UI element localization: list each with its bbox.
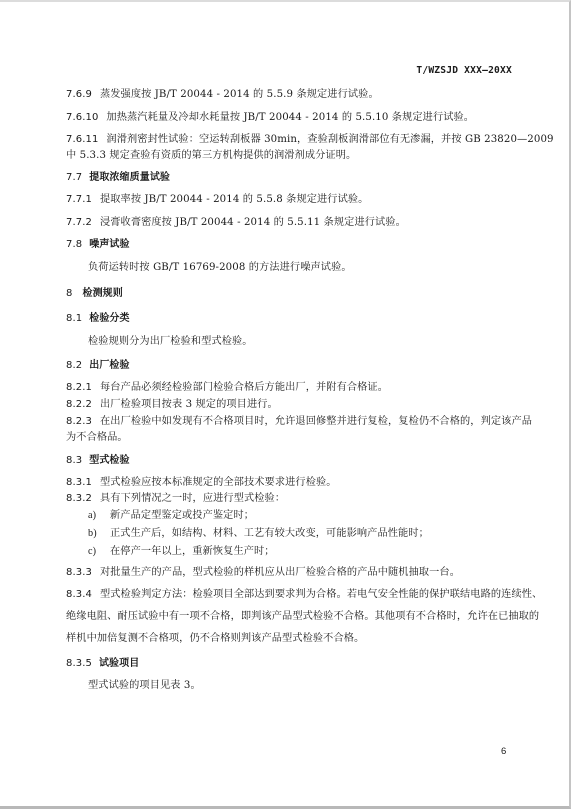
clause-7-6-11: 7.6.11润滑剂密封性试验：空运转刮板器 30min，查验刮板润滑部位有无渗漏… [66, 133, 554, 147]
list-label: a) [88, 509, 106, 523]
clause-text: 每台产品必须经检验部门检验合格后方能出厂，并附有合格证。 [100, 382, 388, 393]
clause-8-3-4-continued-1: 绝缘电阻、耐压试验中有一项不合格，即判该产品型式检验不合格。其他项有不合格时，允… [66, 610, 539, 624]
section-heading-8-1: 8.1检验分类 [66, 312, 130, 326]
clause-text: 型式检验应按本标准规定的全部技术要求进行检验。 [100, 477, 337, 488]
paragraph-type-test-items: 型式试验的项目见表 3。 [88, 679, 201, 693]
clause-text: 加热蒸汽耗量及冷却水耗量按 JB/T 20044 - 2014 的 5.5.10… [106, 112, 474, 123]
list-label: b) [88, 527, 106, 541]
clause-7-6-9: 7.6.9蒸发强度按 JB/T 20044 - 2014 的 5.5.9 条规定… [66, 88, 379, 102]
section-title: 提取浓缩质量试验 [89, 172, 170, 183]
clause-7-7-1: 7.7.1提取率按 JB/T 20044 - 2014 的 5.5.8 条规定进… [66, 193, 368, 207]
clause-text: 对批量生产的产品，型式检验的样机应从出厂检验合格的产品中随机抽取一台。 [100, 567, 460, 578]
clause-8-3-4: 8.3.4型式检验判定方法：检验项目全部达到要求判为合格。若电气安全性能的保护联… [66, 588, 542, 602]
section-number: 7.8 [66, 238, 82, 252]
paragraph-text: 检验规则分为出厂检验和型式检验。 [88, 336, 253, 347]
clause-number: 8.2.3 [66, 415, 92, 429]
clause-text: 具有下列情况之一时，应进行型式检验： [100, 493, 285, 504]
section-title: 噪声试验 [89, 239, 129, 250]
clause-7-6-11-continued: 中 5.3.3 规定查验有资质的第三方机构提供的润滑剂成分证明。 [66, 149, 356, 163]
clause-number: 7.6.10 [66, 111, 98, 125]
clause-8-3-3: 8.3.3对批量生产的产品，型式检验的样机应从出厂检验合格的产品中随机抽取一台。 [66, 566, 460, 580]
paragraph-text: 型式试验的项目见表 3。 [88, 680, 201, 691]
chapter-title: 检测规则 [82, 288, 122, 299]
list-text: 在停产一年以上，重新恢复生产时； [110, 546, 275, 557]
list-text: 新产品定型鉴定或投产鉴定时； [110, 510, 254, 521]
clause-text: 绝缘电阻、耐压试验中有一项不合格，即判该产品型式检验不合格。其他项有不合格时，允… [66, 611, 539, 622]
clause-text: 出厂检验项目按表 3 规定的项目进行。 [100, 399, 278, 410]
section-heading-7-7: 7.7提取浓缩质量试验 [66, 171, 170, 185]
list-label: c) [88, 545, 106, 559]
section-title: 出厂检验 [89, 360, 129, 371]
clause-text: 型式检验判定方法：检验项目全部达到要求判为合格。若电气安全性能的保护联结电路的连… [100, 589, 542, 600]
clause-text: 在出厂检验中如发现有不合格项目时，允许退回修整并进行复检，复检仍不合格的，判定该… [100, 416, 532, 427]
paragraph-noise-test: 负荷运转时按 GB/T 16769-2008 的方法进行噪声试验。 [88, 261, 352, 275]
clause-number: 8.3.3 [66, 566, 92, 580]
clause-number: 7.7.2 [66, 216, 92, 230]
clause-number: 8.2.2 [66, 398, 92, 412]
clause-8-3-4-continued-2: 样机中加倍复测不合格项，仍不合格则判该产品型式检验不合格。 [66, 632, 364, 646]
document-code-header: T/WZSJD XXX—20XX [416, 65, 512, 76]
clause-8-2-2: 8.2.2出厂检验项目按表 3 规定的项目进行。 [66, 398, 278, 412]
clause-number: 8.3.4 [66, 588, 92, 602]
section-heading-8-2: 8.2出厂检验 [66, 359, 130, 373]
section-heading-8-3: 8.3型式检验 [66, 454, 130, 468]
clause-title: 试验项目 [99, 658, 139, 669]
clause-text: 样机中加倍复测不合格项，仍不合格则判该产品型式检验不合格。 [66, 633, 364, 644]
section-title: 检验分类 [89, 313, 129, 324]
section-heading-7-8: 7.8噪声试验 [66, 238, 130, 252]
chapter-heading-8: 8检测规则 [66, 287, 123, 301]
clause-number: 7.6.11 [66, 133, 98, 147]
clause-number: 8.3.5 [66, 657, 92, 671]
clause-number: 8.2.1 [66, 381, 92, 395]
clause-number: 7.7.1 [66, 193, 92, 207]
section-number: 8.2 [66, 359, 82, 373]
clause-text: 蒸发强度按 JB/T 20044 - 2014 的 5.5.9 条规定进行试验。 [100, 89, 379, 100]
clause-text: 为不合格品。 [66, 432, 128, 443]
section-number: 7.7 [66, 171, 82, 185]
clause-number: 8.3.2 [66, 492, 92, 506]
clause-8-2-3: 8.2.3在出厂检验中如发现有不合格项目时，允许退回修整并进行复检，复检仍不合格… [66, 415, 532, 429]
paragraph-text: 负荷运转时按 GB/T 16769-2008 的方法进行噪声试验。 [88, 262, 352, 273]
section-number: 8.3 [66, 454, 82, 468]
clause-heading-8-3-5: 8.3.5试验项目 [66, 657, 139, 671]
clause-text: 浸膏收膏密度按 JB/T 20044 - 2014 的 5.5.11 条规定进行… [100, 217, 406, 228]
clause-8-3-2: 8.3.2具有下列情况之一时，应进行型式检验： [66, 492, 285, 506]
list-item-b: b)正式生产后，如结构、材料、工艺有较大改变，可能影响产品性能时； [88, 527, 429, 541]
section-title: 型式检验 [89, 455, 129, 466]
clause-text: 润滑剂密封性试验：空运转刮板器 30min，查验刮板润滑部位有无渗漏，并按 GB… [106, 134, 553, 145]
clause-number: 7.6.9 [66, 88, 92, 102]
page-number: 6 [501, 746, 506, 757]
section-number: 8.1 [66, 312, 82, 326]
list-text: 正式生产后，如结构、材料、工艺有较大改变，可能影响产品性能时； [110, 528, 429, 539]
chapter-number: 8 [66, 287, 72, 301]
clause-7-6-10: 7.6.10加热蒸汽耗量及冷却水耗量按 JB/T 20044 - 2014 的 … [66, 111, 474, 125]
clause-7-7-2: 7.7.2浸膏收膏密度按 JB/T 20044 - 2014 的 5.5.11 … [66, 216, 406, 230]
list-item-a: a)新产品定型鉴定或投产鉴定时； [88, 509, 254, 523]
document-page: T/WZSJD XXX—20XX 7.6.9蒸发强度按 JB/T 20044 -… [0, 0, 571, 809]
list-item-c: c)在停产一年以上，重新恢复生产时； [88, 545, 275, 559]
clause-text: 提取率按 JB/T 20044 - 2014 的 5.5.8 条规定进行试验。 [100, 194, 369, 205]
clause-8-2-3-continued: 为不合格品。 [66, 431, 128, 445]
paragraph-inspection-classification: 检验规则分为出厂检验和型式检验。 [88, 335, 253, 349]
clause-8-3-1: 8.3.1型式检验应按本标准规定的全部技术要求进行检验。 [66, 476, 337, 490]
clause-text: 中 5.3.3 规定查验有资质的第三方机构提供的润滑剂成分证明。 [66, 150, 356, 161]
clause-number: 8.3.1 [66, 476, 92, 490]
clause-8-2-1: 8.2.1每台产品必须经检验部门检验合格后方能出厂，并附有合格证。 [66, 381, 388, 395]
